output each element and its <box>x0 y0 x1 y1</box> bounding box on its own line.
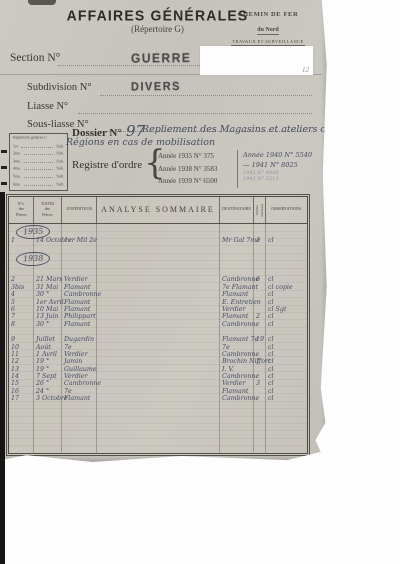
registre-handwritten-entries: Année 1940 N° 5540— 1941 N° 80251942 N° … <box>243 150 312 182</box>
redaction-sticker: 12 <box>200 46 313 75</box>
repertoire-row: 4meSub. <box>13 164 64 172</box>
subdivision-value-stamp: DIVERS <box>131 80 181 93</box>
year-marker-row: 1935 <box>9 224 307 237</box>
table-header-cell: OBSERVATIONS <box>266 197 307 223</box>
cell-expediteur: 7e <box>62 344 97 351</box>
cell-destinataire: Flamant <box>220 291 254 298</box>
table-row: 713 JuinPhilippartFlamant2cl <box>9 313 307 320</box>
table-row: 1526 °CambronneVerdier3cl <box>9 380 307 387</box>
cell-annexes <box>254 291 266 298</box>
cell-expediteur: Cambronne <box>62 291 97 298</box>
railway-stamp-block: CHEMIN DE FER du Nord TRAVAUX ET SURVEIL… <box>231 11 305 46</box>
cell-destinataire: Brochin Niffort <box>220 358 254 365</box>
repertoire-row: 6meSub. <box>13 179 64 187</box>
repertoire-general-box: Répertoire général à : 1reSub.2meSub.3me… <box>9 133 68 191</box>
cell-annexes: 6 <box>254 276 266 283</box>
cell-destinataire: Verdier <box>220 306 254 313</box>
cell-expediteur: Flamant <box>62 321 97 328</box>
table-row: 221 MarsVerdierCambronne6cl <box>9 276 307 283</box>
repertoire-box-rows: 1reSub.2meSub.3meSub.4meSub.5meSub.6meSu… <box>13 141 64 187</box>
table-row: 114 Octobre1er Mil 2eMr Gal 7me3cl <box>9 237 307 244</box>
registre-label: Registre d'ordre <box>72 159 142 171</box>
cell-num: 16 <box>9 388 34 395</box>
table-row: 430 °CambronneFlamantcl <box>9 291 307 298</box>
cell-expediteur: Flamant <box>62 395 97 402</box>
cell-analyse <box>97 299 220 306</box>
cell-num: 9 <box>9 336 34 343</box>
cell-observations: cl <box>266 351 307 358</box>
cell-date: 30 ° <box>34 321 62 328</box>
cell-destinataire: Flamant 7e <box>220 336 254 343</box>
table-header-cell: EXPÉDITEUR <box>62 197 97 223</box>
cell-analyse <box>97 336 220 343</box>
cell-analyse <box>97 366 220 373</box>
registre-printed-entry: Année 1935 N° 375 <box>158 150 217 163</box>
railway-stamp-line3: TRAVAUX ET SURVEILLANCE <box>231 39 305 46</box>
table-row: 10Août7e7ecl <box>9 344 307 351</box>
cell-annexes: 19 <box>254 336 266 343</box>
scan-mark <box>1 166 7 169</box>
cell-date: 7 Sept <box>34 373 62 380</box>
cell-destinataire: Cambronne <box>220 395 254 402</box>
table-row: 51er AvrilFlamantE. Entretiencl <box>9 299 307 306</box>
cell-analyse <box>97 306 220 313</box>
registre-handwritten-entry: Année 1940 N° 5540 <box>243 150 312 160</box>
cell-date: Août <box>34 344 62 351</box>
registre-handwritten-entry: 1943 N° 2213 <box>243 176 312 182</box>
cell-annexes <box>254 373 266 380</box>
cell-destinataire: Cambronne <box>220 276 254 283</box>
cell-num: 2 <box>9 276 34 283</box>
cell-destinataire: Mr Gal 7me <box>220 237 254 244</box>
table-header-cell: DESTINATAIRE <box>220 197 254 223</box>
corner-note: 12 <box>302 66 309 74</box>
cell-observations: cl <box>266 366 307 373</box>
cell-analyse <box>97 321 220 328</box>
scan-smudge <box>28 0 56 5</box>
scan-mark <box>1 182 7 185</box>
table-header-cell: DATESdesPièces <box>34 197 62 223</box>
cell-destinataire: Flamant <box>220 388 254 395</box>
cell-expediteur: Philippart <box>62 313 97 320</box>
cell-date: 1er Avril <box>34 299 62 306</box>
cell-analyse <box>97 395 220 402</box>
table-row: 610 MaiFlamantVerdiercl Sgt <box>9 306 307 313</box>
cell-expediteur: Flamant <box>62 299 97 306</box>
cell-annexes <box>254 351 266 358</box>
cell-observations: cl <box>266 373 307 380</box>
cell-analyse <box>97 276 220 283</box>
cell-annexes: 3 <box>254 237 266 244</box>
cell-annexes: 3 <box>254 380 266 387</box>
cell-observations: cl Sgt <box>266 306 307 313</box>
cell-expediteur: 1er Mil 2e <box>62 237 97 244</box>
liasse-line <box>78 113 312 114</box>
cell-expediteur: Jamin <box>62 358 97 365</box>
archive-folder-cover: AFFAIRES GÉNÉRALES (Répertoire G) CHEMIN… <box>0 0 330 462</box>
table-header-cell: Nombred'Annexes <box>254 197 266 223</box>
cell-date: 21 Mars <box>34 276 62 283</box>
table-row: 830 °FlamantCambronnecl <box>9 321 307 328</box>
table-header-cell: N°sdesPièces <box>9 197 34 223</box>
cell-analyse <box>97 358 220 365</box>
table-row: 9JuilletDugardinFlamant 7e19cl <box>9 336 307 343</box>
scan-edge-strip <box>0 192 5 564</box>
cell-expediteur: 7e <box>62 388 97 395</box>
cell-date: 1 Avril <box>34 351 62 358</box>
cell-analyse <box>97 291 220 298</box>
section-value-stamp: GUERRE <box>131 50 191 66</box>
repertoire-row: 5meSub. <box>13 171 64 179</box>
cell-observations: cl <box>266 358 307 365</box>
registre-printed-entries: Année 1935 N° 375Année 1938 N° 3583Année… <box>158 150 217 188</box>
table-header-cell: ANALYSE SOMMAIRE <box>97 197 220 223</box>
cell-expediteur: Flamant <box>62 284 97 291</box>
cell-date: 19 ° <box>34 358 62 365</box>
cell-analyse <box>97 237 220 244</box>
cell-destinataire: I. V. <box>220 366 254 373</box>
repertoire-row: 3meSub. <box>13 156 64 164</box>
section-label: Section N° <box>10 52 60 64</box>
cell-analyse <box>97 388 220 395</box>
cell-annexes <box>254 395 266 402</box>
cell-date: 24 ° <box>34 388 62 395</box>
cell-observations: cl <box>266 388 307 395</box>
cell-date: 26 ° <box>34 380 62 387</box>
registre-printed-entry: Année 1938 N° 3583 <box>158 163 217 176</box>
cell-observations: cl <box>266 395 307 402</box>
cell-annexes <box>254 299 266 306</box>
cell-expediteur: Cambronne <box>62 380 97 387</box>
cell-observations: cl <box>266 313 307 320</box>
cell-destinataire: 7e <box>220 344 254 351</box>
scanned-page: AFFAIRES GÉNÉRALES (Répertoire G) CHEMIN… <box>0 0 400 564</box>
subdivision-line <box>100 95 312 96</box>
railway-stamp-line1: CHEMIN DE FER <box>231 11 305 18</box>
table-row: 3bis31 MaiFlamant7e Flamantcl copie <box>9 284 307 291</box>
cell-num: 6 <box>9 306 34 313</box>
cell-analyse <box>97 284 220 291</box>
liasse-label: Liasse N° <box>27 101 68 112</box>
cell-analyse <box>97 344 220 351</box>
cell-num: 3bis <box>9 284 34 291</box>
cell-destinataire: Verdier <box>220 380 254 387</box>
cell-date: 19 ° <box>34 366 62 373</box>
table-row: 1319 °GuillaumeI. V.cl <box>9 366 307 373</box>
subdivision-label: Subdivision N° <box>27 82 92 93</box>
cell-destinataire: Cambronne <box>220 373 254 380</box>
cell-observations: cl <box>266 237 307 244</box>
cell-num: 5 <box>9 299 34 306</box>
cell-analyse <box>97 351 220 358</box>
cell-observations: cl <box>266 299 307 306</box>
cell-observations: cl <box>266 380 307 387</box>
cell-date: 3 Octobre <box>34 395 62 402</box>
scan-mark <box>1 150 7 153</box>
cell-annexes <box>254 284 266 291</box>
cell-annexes <box>254 306 266 313</box>
cell-observations: cl <box>266 321 307 328</box>
cell-num: 14 <box>9 373 34 380</box>
cell-date: 31 Mai <box>34 284 62 291</box>
year-oval: 1938 <box>16 252 51 267</box>
index-table-rows: 1935114 Octobre1er Mil 2eMr Gal 7me3cl19… <box>9 224 307 454</box>
cell-expediteur: Flamant <box>62 306 97 313</box>
cell-num: 11 <box>9 351 34 358</box>
repertoire-row: 2meSub. <box>13 149 64 157</box>
repertoire-box-title: Répertoire général à : <box>13 136 54 140</box>
table-row: 147 SeptVerdierCambronnecl <box>9 373 307 380</box>
cell-analyse <box>97 373 220 380</box>
table-row: 173 OctobreFlamantCambronnecl <box>9 395 307 402</box>
registre-divider <box>237 150 238 188</box>
cell-num: 13 <box>9 366 34 373</box>
cell-expediteur: Guillaume <box>62 366 97 373</box>
cell-destinataire: Flamant <box>220 313 254 320</box>
cell-annexes: 1 <box>254 358 266 365</box>
cell-annexes <box>254 344 266 351</box>
cell-expediteur: Dugardin <box>62 336 97 343</box>
cell-expediteur: Verdier <box>62 276 97 283</box>
cell-annexes <box>254 388 266 395</box>
cell-expediteur: Verdier <box>62 373 97 380</box>
cell-analyse <box>97 380 220 387</box>
cell-observations: cl copie <box>266 284 307 291</box>
cell-observations: cl <box>266 276 307 283</box>
registre-handwritten-entry: — 1941 N° 8025 <box>243 160 312 170</box>
index-table-body: 1935114 Octobre1er Mil 2eMr Gal 7me3cl19… <box>9 224 307 454</box>
cell-date: 13 Juin <box>34 313 62 320</box>
cell-observations: cl <box>266 336 307 343</box>
cell-destinataire: 7e Flamant <box>220 284 254 291</box>
cell-num: 12 <box>9 358 34 365</box>
registre-printed-entry: Année 1939 N° 6500 <box>158 175 217 188</box>
table-row: 1624 °7eFlamantcl <box>9 388 307 395</box>
table-row: 1219 °JaminBrochin Niffort1cl <box>9 358 307 365</box>
index-table-header: N°sdesPiècesDATESdesPiècesEXPÉDITEURANAL… <box>9 197 307 224</box>
cell-destinataire: Cambronne <box>220 351 254 358</box>
cell-annexes <box>254 366 266 373</box>
cell-expediteur: Verdier <box>62 351 97 358</box>
cell-annexes <box>254 321 266 328</box>
cell-date: 30 ° <box>34 291 62 298</box>
cell-destinataire: E. Entretien <box>220 299 254 306</box>
cell-num: 10 <box>9 344 34 351</box>
cell-date: Juillet <box>34 336 62 343</box>
cell-num: 4 <box>9 291 34 298</box>
cell-destinataire: Cambronne <box>220 321 254 328</box>
year-marker-row: 1938 <box>9 251 307 264</box>
cell-num: 8 <box>9 321 34 328</box>
cell-num: 15 <box>9 380 34 387</box>
railway-stamp-line2: du Nord <box>257 27 279 35</box>
cell-annexes: 2 <box>254 313 266 320</box>
cell-observations: cl <box>266 344 307 351</box>
index-table: N°sdesPiècesDATESdesPiècesEXPÉDITEURANAL… <box>8 196 308 454</box>
cell-date: 10 Mai <box>34 306 62 313</box>
dossier-title-line2: Régions en cas de mobilisation <box>66 137 215 148</box>
cell-observations: cl <box>266 291 307 298</box>
cell-analyse <box>97 313 220 320</box>
table-row: 111 AvrilVerdierCambronnecl <box>9 351 307 358</box>
dossier-title-line1: Repliement des Magasins et ateliers des <box>142 124 337 135</box>
cell-num: 17 <box>9 395 34 402</box>
repertoire-row: 1reSub. <box>13 141 64 149</box>
cell-num: 7 <box>9 313 34 320</box>
